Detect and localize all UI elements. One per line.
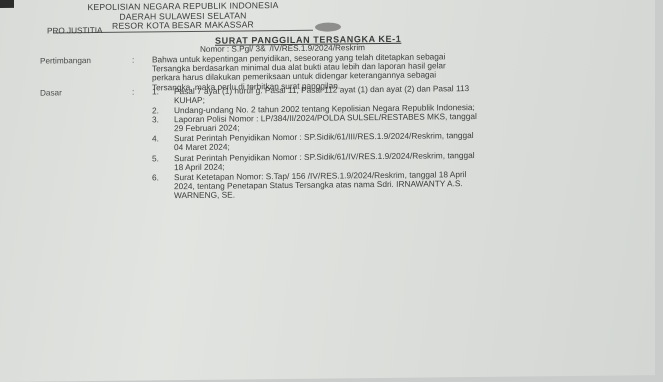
pertimbangan-colon: : [132, 56, 134, 65]
item-number: 1. [152, 87, 159, 96]
pertimbangan-label: Pertimbangan [40, 56, 91, 66]
item-number: 5. [152, 154, 159, 163]
photo-corner-shadow [0, 0, 14, 8]
item-number: 3. [152, 115, 159, 124]
summons-letter: KEPOLISIAN NEGARA REPUBLIK INDONESIA DAE… [0, 0, 655, 382]
pro-justitia: PRO JUSTITIA [47, 26, 103, 36]
dasar-colon: : [132, 88, 134, 97]
item-number: 6. [152, 173, 159, 182]
item-number: 4. [152, 134, 159, 143]
dasar-label: Dasar [40, 88, 62, 97]
police-emblem-icon [315, 22, 341, 31]
